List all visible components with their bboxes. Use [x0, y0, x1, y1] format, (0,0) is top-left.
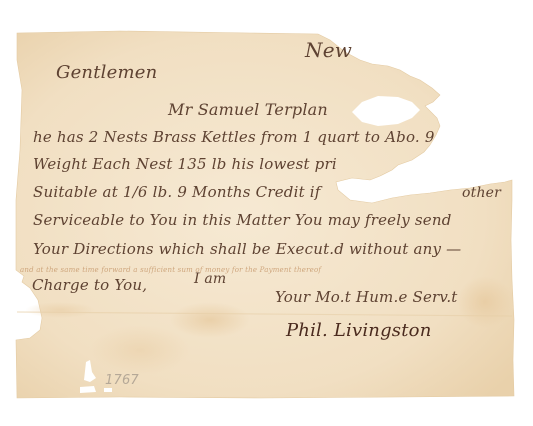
body-line-6: Your Directions which shall be Execut.d …: [33, 240, 461, 258]
signature: Phil. Livingston: [286, 320, 432, 341]
body-line-4-end: other: [462, 185, 501, 201]
body-line-4: Suitable at 1/6 lb. 9 Months Credit if: [33, 183, 321, 201]
letter-image: New Gentlemen Mr Samuel Terplan he has 2…: [0, 0, 533, 426]
salutation: Gentlemen: [56, 62, 157, 83]
closing: Your Mo.t Hum.e Serv.t: [275, 288, 458, 306]
header-fragment: New: [305, 38, 352, 62]
body-line-2: he has 2 Nests Brass Kettles from 1 quar…: [33, 128, 435, 146]
pencil-note: 1767: [105, 373, 139, 388]
body-line-1: Mr Samuel Terplan: [168, 100, 328, 119]
body-line-7: Charge to You,: [32, 276, 147, 294]
body-line-5: Serviceable to You in this Matter You ma…: [33, 211, 452, 229]
body-line-3: Weight Each Nest 135 lb his lowest pri: [33, 155, 337, 173]
faint-annotation: and at the same time forward a sufficien…: [20, 266, 321, 274]
closing-i-am: I am: [194, 271, 226, 287]
